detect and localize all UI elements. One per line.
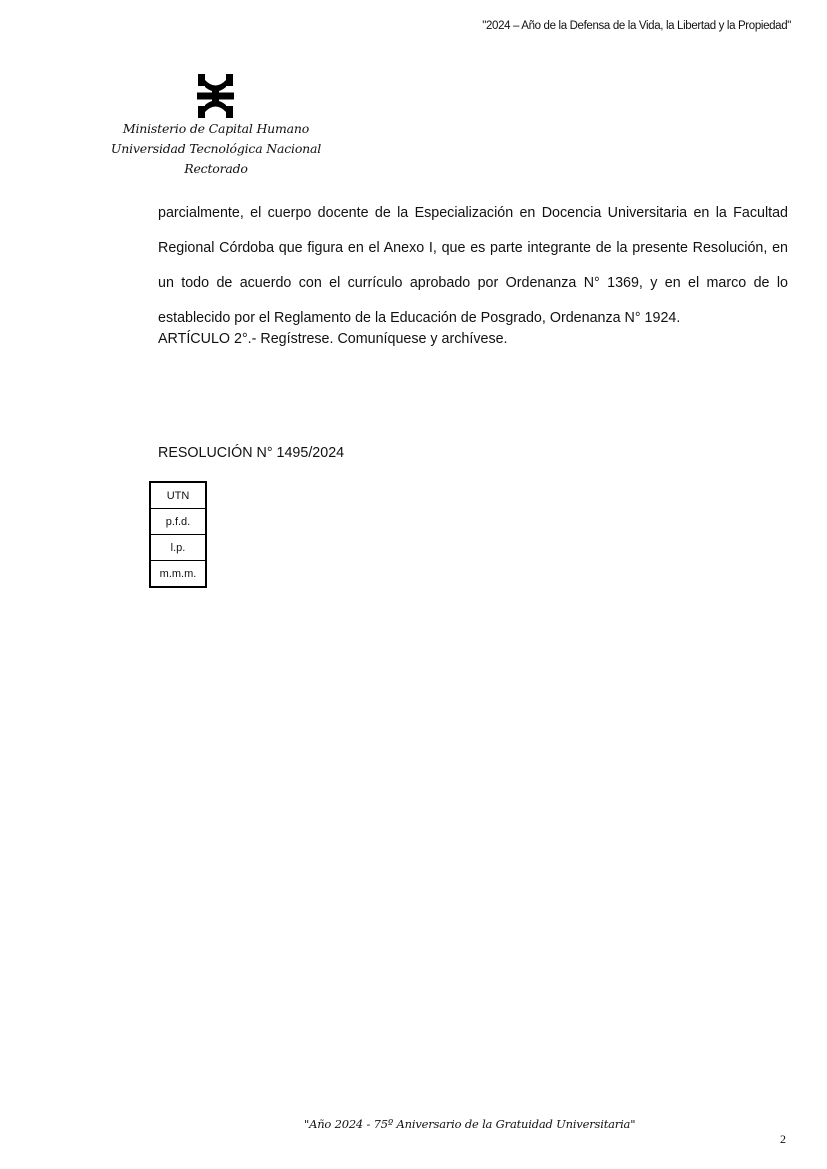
letterhead: Ministerio de Capital Humano Universidad…: [100, 119, 332, 179]
article-2: ARTÍCULO 2°.- Regístrese. Comuníquese y …: [158, 329, 788, 349]
page-number: 2: [780, 1132, 786, 1147]
header-motto: "2024 – Año de la Defensa de la Vida, la…: [482, 20, 791, 32]
table-row: p.f.d.: [150, 509, 206, 535]
initials-cell: m.m.m.: [150, 561, 206, 588]
article-1-continuation: parcialmente, el cuerpo docente de la Es…: [158, 196, 788, 336]
table-row: m.m.m.: [150, 561, 206, 588]
document-body: parcialmente, el cuerpo docente de la Es…: [158, 196, 788, 349]
resolution-number: RESOLUCIÓN N° 1495/2024: [158, 445, 344, 461]
initials-cell: p.f.d.: [150, 509, 206, 535]
initials-cell: UTN: [150, 482, 206, 509]
utn-emblem-icon: [197, 74, 234, 118]
table-row: UTN: [150, 482, 206, 509]
table-row: l.p.: [150, 535, 206, 561]
footer-motto: "Año 2024 - 75º Aniversario de la Gratui…: [304, 1117, 635, 1131]
university-name: Universidad Tecnológica Nacional: [100, 139, 332, 159]
initials-table: UTN p.f.d. l.p. m.m.m.: [149, 481, 207, 588]
initials-cell: l.p.: [150, 535, 206, 561]
office-name: Rectorado: [100, 159, 332, 179]
ministry-name: Ministerio de Capital Humano: [100, 119, 332, 139]
